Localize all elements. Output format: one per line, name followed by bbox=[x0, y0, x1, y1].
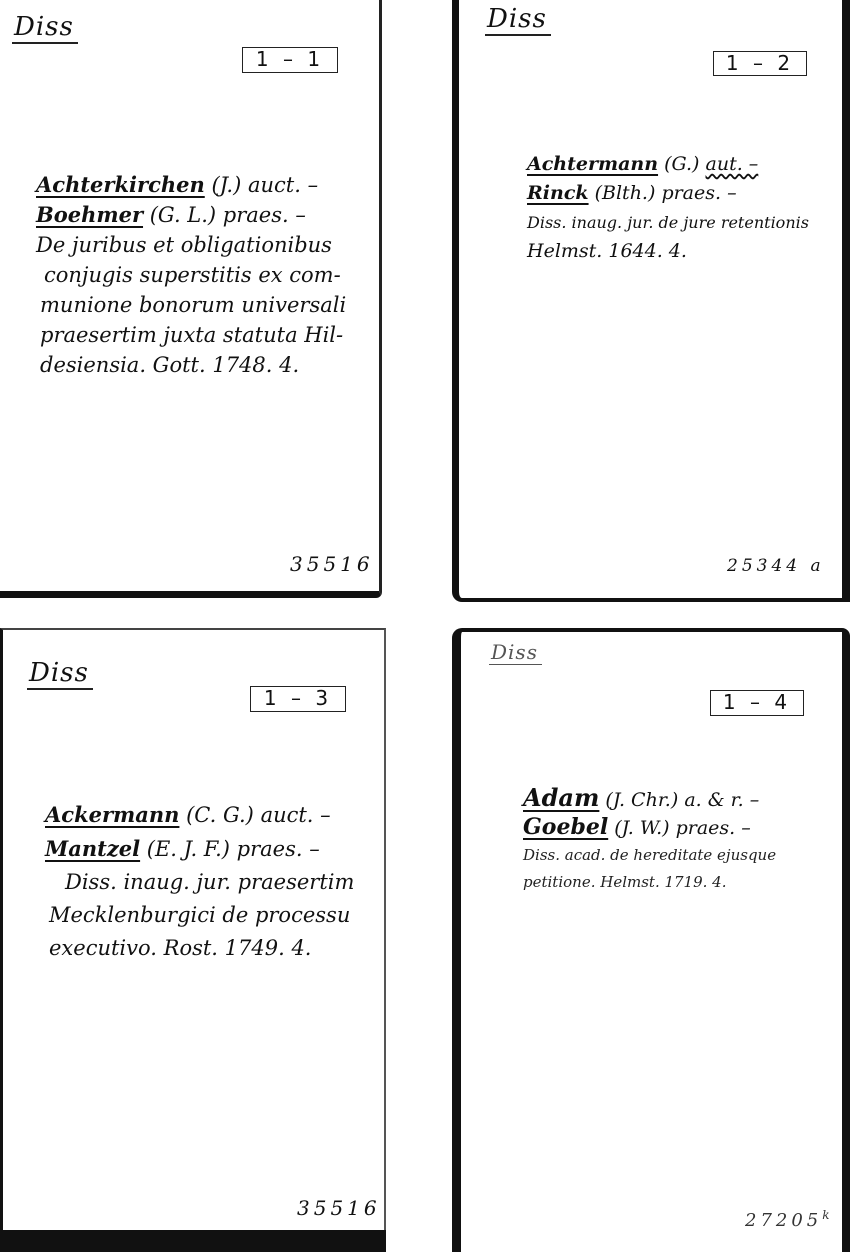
card-number-label: 1 – 4 bbox=[710, 690, 804, 716]
dissertation-mark: Diss bbox=[485, 6, 551, 36]
call-number-suffix: k bbox=[822, 1208, 829, 1222]
dissertation-mark: Diss bbox=[489, 642, 542, 665]
title-line: Diss. inaug. jur. praesertim bbox=[45, 866, 354, 899]
catalog-entry: Achterkirchen (J.) auct. – Boehmer (G. L… bbox=[36, 170, 346, 380]
title-line: conjugis superstitis ex com- bbox=[36, 260, 346, 290]
author-initials: (J. Chr.) bbox=[605, 789, 678, 811]
author-role: auct. – bbox=[261, 803, 331, 827]
author-line: Adam (J. Chr.) a. & r. – bbox=[523, 784, 776, 814]
author-initials: (C. G.) bbox=[186, 803, 254, 827]
author-initials: (J.) bbox=[211, 173, 241, 197]
dissertation-mark: Diss bbox=[27, 660, 93, 690]
title-line: Helmst. 1644. 4. bbox=[527, 237, 809, 266]
catalog-entry: Adam (J. Chr.) a. & r. – Goebel (J. W.) … bbox=[523, 784, 776, 896]
catalog-card-3: Diss 1 – 3 Ackermann (C. G.) auct. – Man… bbox=[0, 628, 386, 1252]
card-number-label: 1 – 2 bbox=[713, 51, 807, 76]
praeses-name: Boehmer bbox=[36, 202, 143, 227]
praeses-initials: (Blth.) bbox=[595, 182, 656, 204]
call-number-value: 35516 bbox=[290, 552, 374, 576]
author-name: Ackermann bbox=[45, 802, 179, 827]
author-name: Achterkirchen bbox=[36, 172, 205, 197]
author-name: Adam bbox=[523, 783, 599, 812]
card-number-label: 1 – 3 bbox=[250, 686, 346, 712]
title-line: Mecklenburgici de processu bbox=[45, 899, 354, 932]
praeses-name: Mantzel bbox=[45, 836, 140, 861]
call-number: 25344 a bbox=[727, 556, 825, 576]
author-line: Ackermann (C. G.) auct. – bbox=[45, 798, 354, 832]
author-role: aut. – bbox=[706, 153, 759, 175]
call-number-suffix: a bbox=[811, 556, 825, 576]
call-number: 35516 bbox=[297, 1196, 381, 1220]
praeses-line: Mantzel (E. J. F.) praes. – bbox=[45, 832, 354, 866]
praeses-role: praes. – bbox=[661, 182, 736, 204]
title-line: Diss. acad. de hereditate ejusque bbox=[523, 842, 776, 869]
author-line: Achtermann (G.) aut. – bbox=[527, 150, 809, 179]
author-role: auct. – bbox=[248, 173, 318, 197]
author-role: a. & r. – bbox=[684, 789, 759, 811]
title-line: petitione. Helmst. 1719. 4. bbox=[523, 869, 776, 896]
call-number: 27205k bbox=[745, 1208, 830, 1231]
praeses-initials: (J. W.) bbox=[614, 817, 669, 839]
praeses-initials: (E. J. F.) bbox=[147, 837, 230, 861]
praeses-role: praes. – bbox=[237, 837, 320, 861]
call-number-value: 27205 bbox=[745, 1210, 822, 1231]
title-line: desiensia. Gott. 1748. 4. bbox=[36, 350, 346, 380]
catalog-entry: Ackermann (C. G.) auct. – Mantzel (E. J.… bbox=[45, 798, 354, 965]
title-line: munione bonorum universali bbox=[36, 290, 346, 320]
catalog-card-1: Diss 1 – 1 Achterkirchen (J.) auct. – Bo… bbox=[0, 0, 382, 598]
dissertation-mark: Diss bbox=[12, 14, 78, 44]
title-line: praesertim juxta statuta Hil- bbox=[36, 320, 346, 350]
call-number-value: 25344 bbox=[727, 556, 801, 576]
praeses-initials: (G. L.) bbox=[150, 203, 216, 227]
catalog-card-4: Diss 1 – 4 Adam (J. Chr.) a. & r. – Goeb… bbox=[452, 628, 850, 1252]
catalog-entry: Achtermann (G.) aut. – Rinck (Blth.) pra… bbox=[527, 150, 809, 266]
title-line: executivo. Rost. 1749. 4. bbox=[45, 932, 354, 965]
card-number-label: 1 – 1 bbox=[242, 47, 338, 73]
praeses-role: praes. – bbox=[676, 817, 751, 839]
praeses-line: Boehmer (G. L.) praes. – bbox=[36, 200, 346, 230]
author-line: Achterkirchen (J.) auct. – bbox=[36, 170, 346, 200]
catalog-card-2: Diss 1 – 2 Achtermann (G.) aut. – Rinck … bbox=[452, 0, 850, 602]
author-initials: (G.) bbox=[664, 153, 699, 175]
praeses-role: praes. – bbox=[223, 203, 306, 227]
praeses-name: Goebel bbox=[523, 814, 608, 840]
call-number-value: 35516 bbox=[297, 1196, 381, 1220]
praeses-line: Goebel (J. W.) praes. – bbox=[523, 814, 776, 842]
call-number: 35516 bbox=[290, 552, 374, 576]
title-line: Diss. inaug. jur. de jure retentionis bbox=[527, 208, 809, 237]
author-name: Achtermann bbox=[527, 153, 658, 175]
praeses-name: Rinck bbox=[527, 182, 589, 204]
title-line: De juribus et obligationibus bbox=[36, 230, 346, 260]
praeses-line: Rinck (Blth.) praes. – bbox=[527, 179, 809, 208]
